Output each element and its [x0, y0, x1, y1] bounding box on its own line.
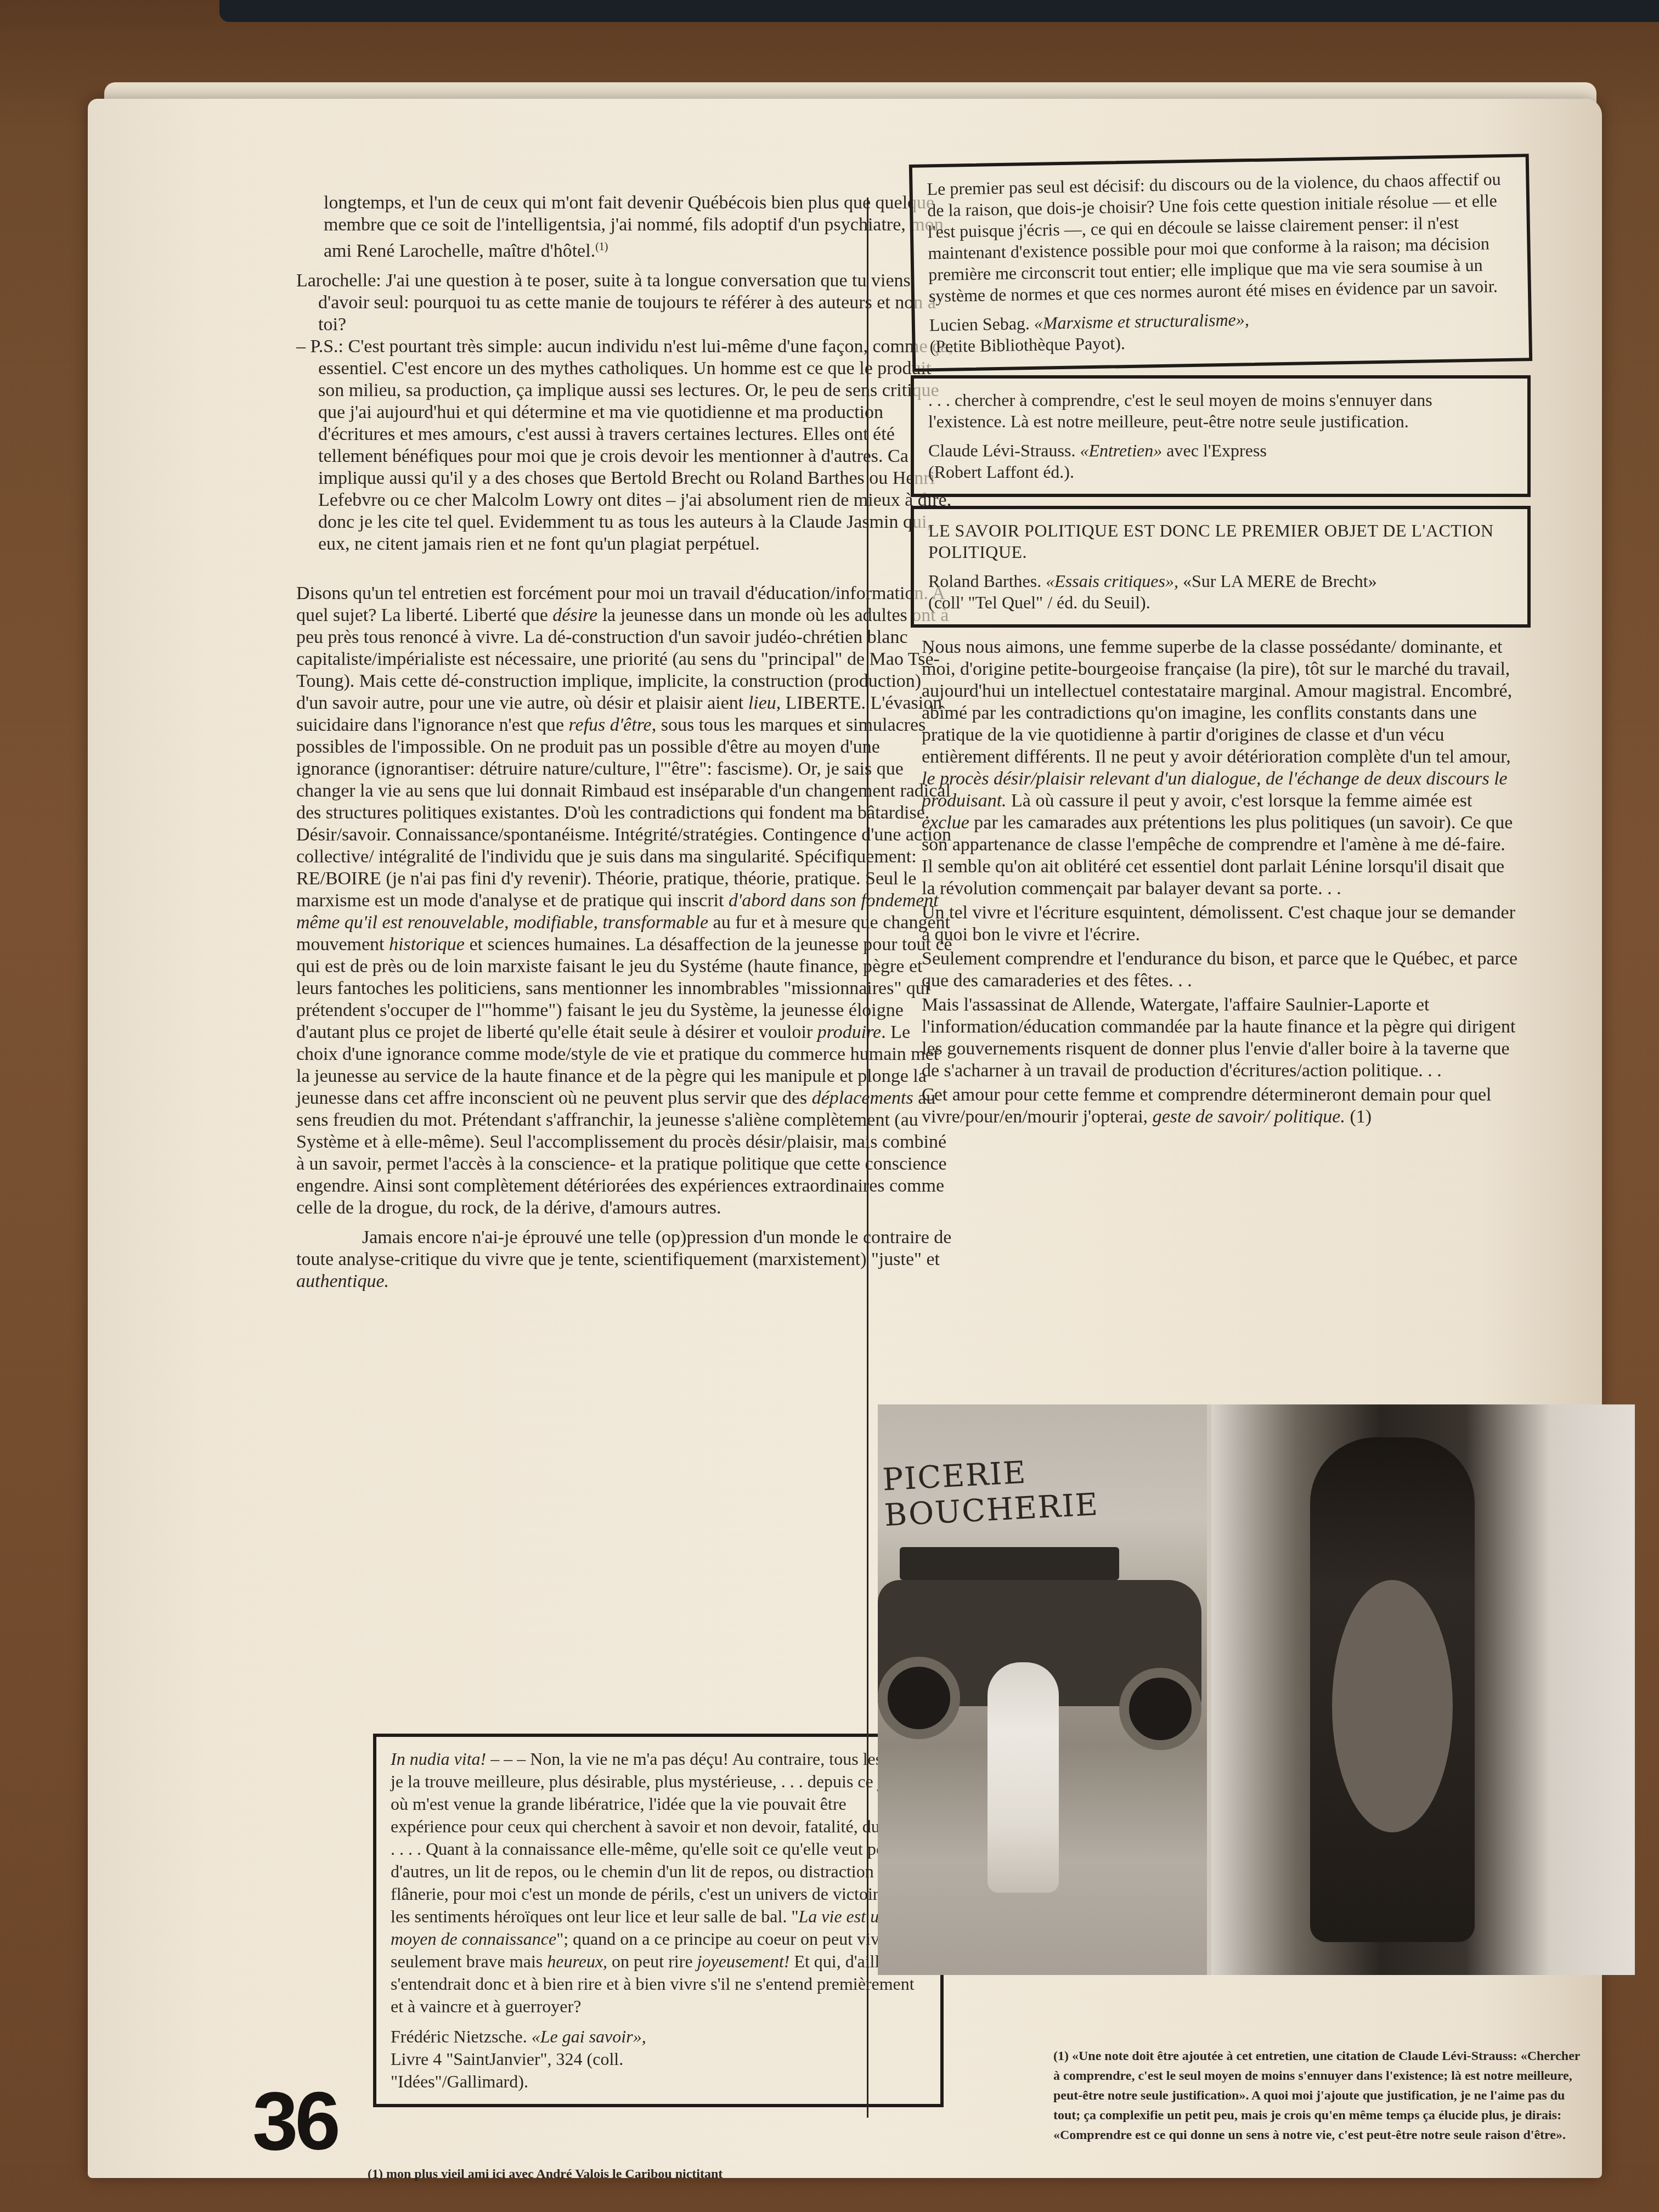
right-column: Le premier pas seul est décisif: du disc…	[911, 159, 1531, 1128]
left-column: longtemps, et l'un de ceux qui m'ont fai…	[296, 192, 955, 1293]
right-body-paragraph-2: Un tel vivre et l'écriture esquintent, d…	[911, 900, 1531, 946]
right-footnote: (1) «Une note doit être ajoutée à cet en…	[1053, 2046, 1585, 2145]
quote-text: In nudia vita! – – – Non, la vie ne m'a …	[391, 1748, 926, 2018]
newspaper-page: longtemps, et l'un de ceux qui m'ont fai…	[88, 99, 1602, 2178]
body-paragraph-2: Jamais encore n'ai-je éprouvé une telle …	[296, 1227, 955, 1293]
footnote-marker: (1)	[595, 241, 608, 253]
levi-strauss-quote-box: . . . chercher à comprendre, c'est le se…	[911, 375, 1531, 497]
speaker-label: Larochelle:	[296, 270, 381, 291]
left-footnote: (1) mon plus vieil ami ici avec André Va…	[368, 2167, 723, 2182]
column-divider	[867, 198, 868, 2118]
speaker-label: – P.S.:	[296, 336, 343, 357]
child-figure	[988, 1662, 1059, 1893]
shop-sign: PICERIE BOUCHERIE	[882, 1446, 1207, 1534]
laptop-edge	[219, 0, 1659, 22]
quote-citation: Frédéric Nietzsche. «Le gai savoir»,	[391, 2025, 926, 2048]
barthes-quote-box: LE SAVOIR POLITIQUE EST DONC LE PREMIER …	[911, 506, 1531, 628]
right-body-paragraph-5: Cet amour pour cette femme et comprendre…	[911, 1082, 1531, 1128]
intro-paragraph: longtemps, et l'un de ceux qui m'ont fai…	[296, 192, 955, 262]
page-content: longtemps, et l'un de ceux qui m'ont fai…	[88, 99, 1602, 2178]
photo-collage: PICERIE BOUCHERIE	[878, 1404, 1635, 1975]
question-paragraph: Larochelle: J'ai une question à te poser…	[296, 270, 955, 336]
answer-paragraph: – P.S.: C'est pourtant très simple: aucu…	[296, 336, 955, 555]
nietzsche-quote-box: In nudia vita! – – – Non, la vie ne m'a …	[373, 1734, 944, 2107]
right-body-paragraph-1: Nous nous aimons, une femme superbe de l…	[911, 636, 1531, 900]
page-number: 36	[252, 2074, 337, 2169]
photo-bearded-man	[1211, 1404, 1635, 1975]
right-body-paragraph-4: Mais l'assassinat de Allende, Watergate,…	[911, 992, 1531, 1082]
body-paragraph-1: Disons qu'un tel entretien est forcément…	[296, 583, 955, 1219]
sebag-quote-box: Le premier pas seul est décisif: du disc…	[909, 154, 1532, 372]
right-body-paragraph-3: Seulement comprendre et l'endurance du b…	[911, 946, 1531, 992]
photo-child-with-car: PICERIE BOUCHERIE	[878, 1404, 1207, 1975]
